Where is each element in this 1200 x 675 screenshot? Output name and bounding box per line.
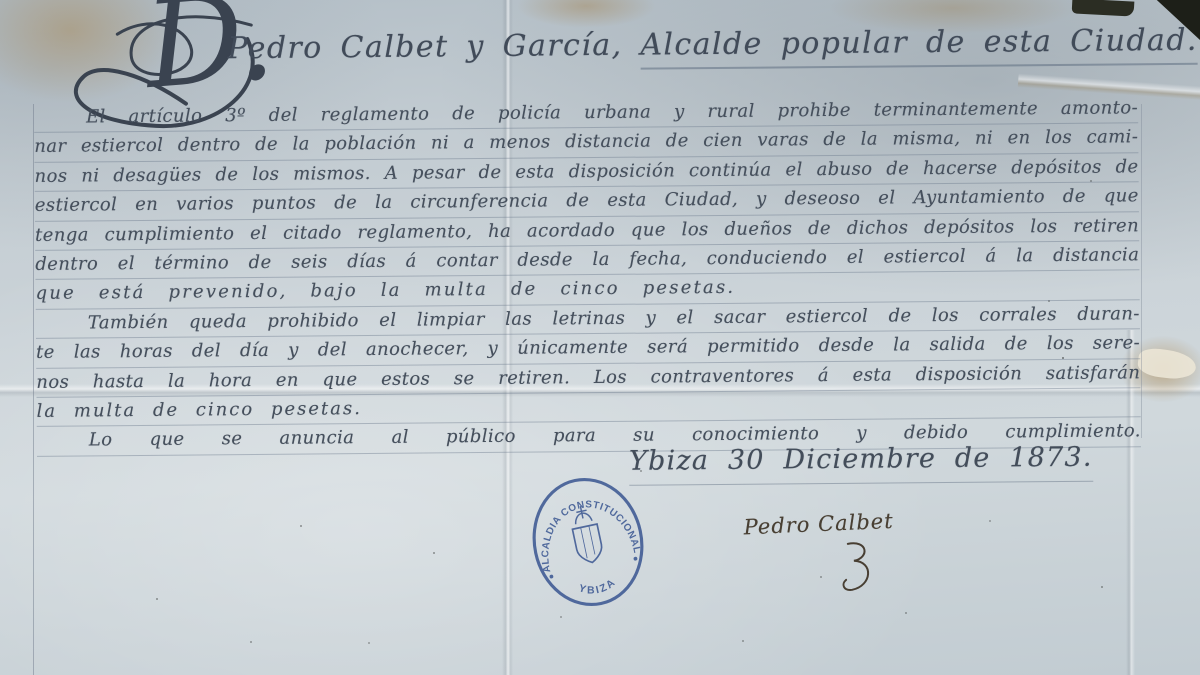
dateline: Ybiza 30 Diciembre de 1873.: [629, 442, 1093, 486]
heading-name: Pedro Calbet y García,: [227, 28, 622, 66]
document-heading: Pedro Calbet y García, Alcalde popular d…: [227, 23, 1198, 66]
signature: Pedro Calbet: [743, 509, 894, 540]
document-photo: D. Pedro Calbet y García, Alcalde popula…: [0, 0, 1200, 675]
stamp-text-top: ALCALDIA CONSTITUCIONAL: [529, 490, 642, 574]
paper-speckles: [0, 0, 2, 2]
official-stamp: ALCALDIA CONSTITUCIONAL YBIZA: [508, 463, 668, 620]
stamp-text-bottom: YBIZA: [575, 575, 620, 600]
svg-text:ALCALDIA CONSTITUCIONAL: ALCALDIA CONSTITUCIONAL: [529, 490, 642, 574]
body-text: El artículo 3º del reglamento de policía…: [34, 94, 1141, 456]
heading-title: Alcalde popular de esta Ciudad.: [640, 23, 1198, 70]
signature-rubric: [838, 540, 880, 596]
svg-text:YBIZA: YBIZA: [575, 575, 620, 600]
